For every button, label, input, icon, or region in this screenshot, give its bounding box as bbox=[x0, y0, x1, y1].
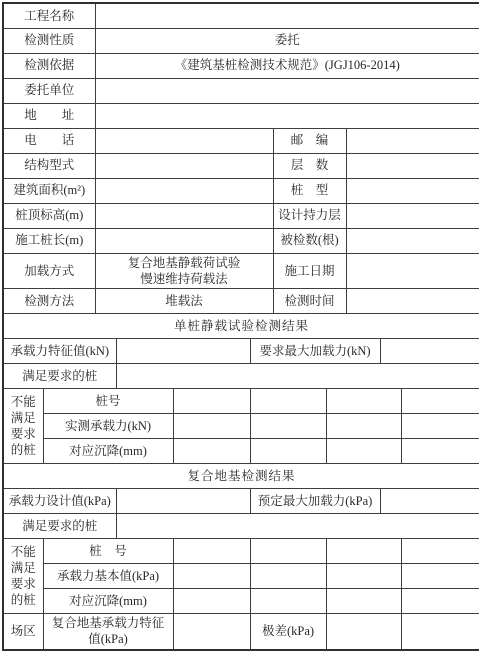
planned-max-load-label: 预定最大加载力(kPa) bbox=[250, 489, 380, 514]
row-measured-capacity: 实测承载力(kN) bbox=[3, 414, 479, 439]
construction-pile-length-label: 施工桩长(m) bbox=[3, 228, 95, 253]
grid-cell[interactable] bbox=[250, 589, 326, 614]
phone-label: 电 话 bbox=[3, 128, 95, 153]
row-elevation-stratum: 桩顶标高(m) 设计持力层 bbox=[3, 203, 479, 228]
unsatisfied-piles-label: 不能满足要求的桩 bbox=[3, 389, 43, 464]
satisfied-piles-field[interactable] bbox=[116, 364, 479, 389]
required-max-load-label: 要求最大加载力(kN) bbox=[250, 339, 380, 364]
grid-cell[interactable] bbox=[173, 564, 250, 589]
measured-capacity-label: 实测承载力(kN) bbox=[43, 414, 173, 439]
test-time-field[interactable] bbox=[346, 289, 479, 314]
grid-cell[interactable] bbox=[401, 389, 479, 414]
grid-cell[interactable] bbox=[326, 589, 401, 614]
grid-cell[interactable] bbox=[326, 389, 401, 414]
satisfied-piles-label: 满足要求的桩 bbox=[3, 364, 116, 389]
row-pile-no-composite: 不能满足要求的桩 桩 号 bbox=[3, 539, 479, 564]
grid-cell[interactable] bbox=[326, 414, 401, 439]
tested-pile-count-label: 被检数(根) bbox=[273, 228, 346, 253]
loading-method-value[interactable]: 复合地基静载荷试验 慢速维持荷载法 bbox=[95, 253, 273, 289]
row-test-basis: 检测依据 《建筑基桩检测技术规范》(JGJ106-2014) bbox=[3, 53, 479, 78]
pile-top-elevation-field[interactable] bbox=[95, 203, 273, 228]
document-page: 工程名称 检测性质 委托 检测依据 《建筑基桩检测技术规范》(JGJ106-20… bbox=[0, 0, 479, 645]
pile-test-form-table: 工程名称 检测性质 委托 检测依据 《建筑基桩检测技术规范》(JGJ106-20… bbox=[2, 2, 479, 651]
basic-value-label: 承载力基本值(kPa) bbox=[43, 564, 173, 589]
characteristic-value-label: 承载力特征值(kN) bbox=[3, 339, 116, 364]
grid-cell[interactable] bbox=[401, 414, 479, 439]
row-test-method: 检测方法 堆载法 检测时间 bbox=[3, 289, 479, 314]
unsatisfied-piles-label-composite: 不能满足要求的桩 bbox=[3, 539, 43, 614]
grid-cell[interactable] bbox=[173, 389, 250, 414]
test-nature-label: 检测性质 bbox=[3, 28, 95, 53]
satisfied-piles-label-composite: 满足要求的桩 bbox=[3, 514, 116, 539]
project-name-label: 工程名称 bbox=[3, 3, 95, 28]
row-design-value: 承载力设计值(kPa) 预定最大加载力(kPa) bbox=[3, 489, 479, 514]
pile-no-label: 桩号 bbox=[43, 389, 173, 414]
row-site-area: 场区 复合地基承载力特征 值(kPa) 极差(kPa) bbox=[3, 614, 479, 650]
grid-cell[interactable] bbox=[326, 564, 401, 589]
test-method-value[interactable]: 堆载法 bbox=[95, 289, 273, 314]
row-pile-no: 不能满足要求的桩 桩号 bbox=[3, 389, 479, 414]
settlement-label: 对应沉降(mm) bbox=[43, 439, 173, 464]
grid-cell[interactable] bbox=[326, 439, 401, 464]
client-unit-field[interactable] bbox=[95, 78, 479, 103]
grid-cell[interactable] bbox=[250, 439, 326, 464]
test-basis-value[interactable]: 《建筑基桩检测技术规范》(JGJ106-2014) bbox=[95, 53, 479, 78]
test-basis-label: 检测依据 bbox=[3, 53, 95, 78]
composite-characteristic-label: 复合地基承载力特征 值(kPa) bbox=[43, 614, 173, 650]
design-value-field[interactable] bbox=[116, 489, 250, 514]
grid-cell[interactable] bbox=[250, 564, 326, 589]
range-field[interactable] bbox=[401, 614, 479, 650]
row-client-unit: 委托单位 bbox=[3, 78, 479, 103]
floor-count-label: 层 数 bbox=[273, 153, 346, 178]
row-project-name: 工程名称 bbox=[3, 3, 479, 28]
construction-pile-length-field[interactable] bbox=[95, 228, 273, 253]
postcode-field[interactable] bbox=[346, 128, 479, 153]
grid-cell[interactable] bbox=[173, 439, 250, 464]
grid-cell[interactable] bbox=[173, 589, 250, 614]
grid-cell[interactable] bbox=[401, 439, 479, 464]
structure-type-label: 结构型式 bbox=[3, 153, 95, 178]
row-basic-value: 承载力基本值(kPa) bbox=[3, 564, 479, 589]
row-settlement: 对应沉降(mm) bbox=[3, 439, 479, 464]
range-field[interactable] bbox=[326, 614, 401, 650]
grid-cell[interactable] bbox=[401, 589, 479, 614]
row-loading-method: 加载方式 复合地基静载荷试验 慢速维持荷载法 施工日期 bbox=[3, 253, 479, 289]
design-value-label: 承载力设计值(kPa) bbox=[3, 489, 116, 514]
row-settlement-composite: 对应沉降(mm) bbox=[3, 589, 479, 614]
client-unit-label: 委托单位 bbox=[3, 78, 95, 103]
row-satisfied-piles: 满足要求的桩 bbox=[3, 364, 479, 389]
settlement-label-composite: 对应沉降(mm) bbox=[43, 589, 173, 614]
construction-date-label: 施工日期 bbox=[273, 253, 346, 289]
address-label: 地 址 bbox=[3, 103, 95, 128]
site-area-label: 场区 bbox=[3, 614, 43, 650]
design-bearing-stratum-field[interactable] bbox=[346, 203, 479, 228]
loading-method-label: 加载方式 bbox=[3, 253, 95, 289]
test-nature-value[interactable]: 委托 bbox=[95, 28, 479, 53]
grid-cell[interactable] bbox=[250, 539, 326, 564]
postcode-label: 邮 编 bbox=[273, 128, 346, 153]
test-method-label: 检测方法 bbox=[3, 289, 95, 314]
row-single-pile-title: 单桩静载试验检测结果 bbox=[3, 314, 479, 339]
row-length-count: 施工桩长(m) 被检数(根) bbox=[3, 228, 479, 253]
grid-cell[interactable] bbox=[250, 389, 326, 414]
building-area-field[interactable] bbox=[95, 178, 273, 203]
row-area-piletype: 建筑面积(m²) 桩 型 bbox=[3, 178, 479, 203]
floor-count-field[interactable] bbox=[346, 153, 479, 178]
grid-cell[interactable] bbox=[401, 539, 479, 564]
pile-type-label: 桩 型 bbox=[273, 178, 346, 203]
row-test-nature: 检测性质 委托 bbox=[3, 28, 479, 53]
construction-date-field[interactable] bbox=[346, 253, 479, 289]
design-bearing-stratum-label: 设计持力层 bbox=[273, 203, 346, 228]
row-composite-title: 复合地基检测结果 bbox=[3, 464, 479, 489]
characteristic-value-field[interactable] bbox=[116, 339, 250, 364]
composite-characteristic-field[interactable] bbox=[173, 614, 250, 650]
required-max-load-field[interactable] bbox=[380, 339, 479, 364]
range-label: 极差(kPa) bbox=[250, 614, 326, 650]
test-time-label: 检测时间 bbox=[273, 289, 346, 314]
satisfied-piles-field-composite[interactable] bbox=[116, 514, 479, 539]
grid-cell[interactable] bbox=[326, 539, 401, 564]
grid-cell[interactable] bbox=[250, 414, 326, 439]
pile-top-elevation-label: 桩顶标高(m) bbox=[3, 203, 95, 228]
structure-type-field[interactable] bbox=[95, 153, 273, 178]
composite-section-title: 复合地基检测结果 bbox=[3, 464, 479, 489]
row-characteristic-value: 承载力特征值(kN) 要求最大加载力(kN) bbox=[3, 339, 479, 364]
row-satisfied-piles-composite: 满足要求的桩 bbox=[3, 514, 479, 539]
building-area-label: 建筑面积(m²) bbox=[3, 178, 95, 203]
project-name-field[interactable] bbox=[95, 3, 479, 28]
row-structure-floors: 结构型式 层 数 bbox=[3, 153, 479, 178]
grid-cell[interactable] bbox=[173, 414, 250, 439]
grid-cell[interactable] bbox=[401, 564, 479, 589]
row-phone-postcode: 电 话 邮 编 bbox=[3, 128, 479, 153]
address-field[interactable] bbox=[95, 103, 479, 128]
phone-field[interactable] bbox=[95, 128, 273, 153]
pile-type-field[interactable] bbox=[346, 178, 479, 203]
tested-pile-count-field[interactable] bbox=[346, 228, 479, 253]
row-address: 地 址 bbox=[3, 103, 479, 128]
single-pile-section-title: 单桩静载试验检测结果 bbox=[3, 314, 479, 339]
pile-no-label-composite: 桩 号 bbox=[43, 539, 173, 564]
grid-cell[interactable] bbox=[173, 539, 250, 564]
planned-max-load-field[interactable] bbox=[380, 489, 479, 514]
